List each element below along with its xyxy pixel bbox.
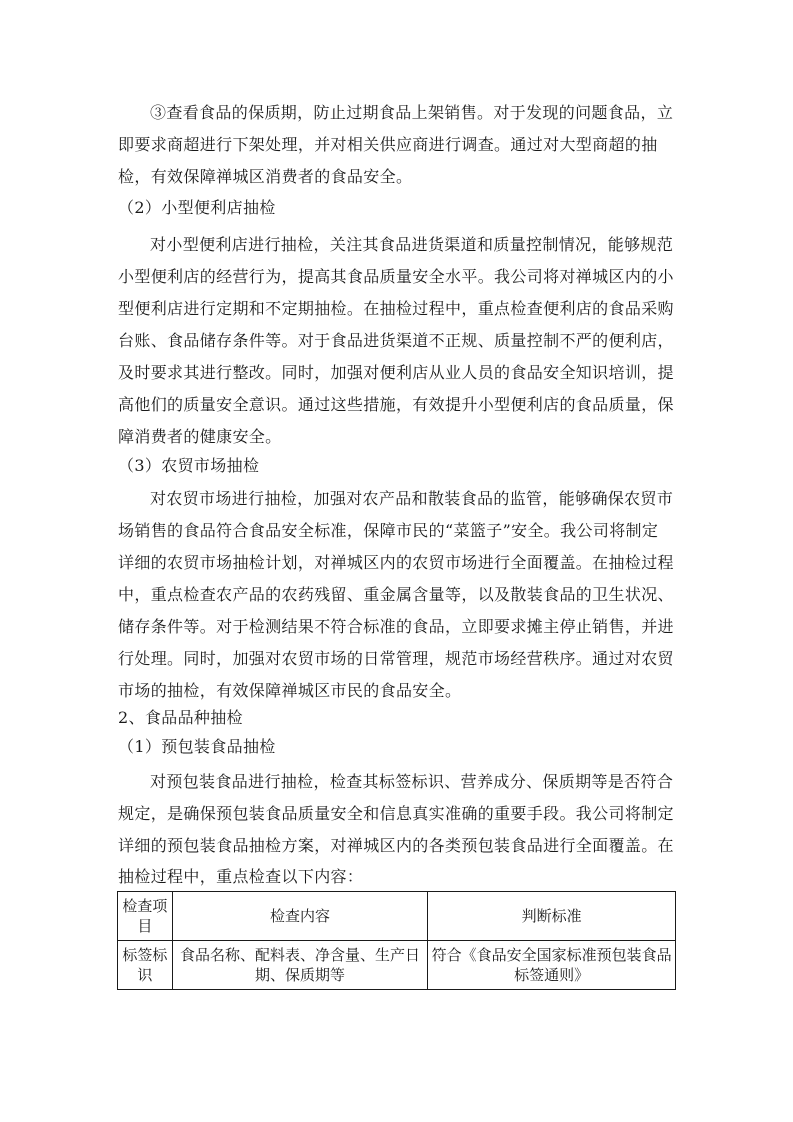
paragraph-line: 规定，是确保预包装食品质量安全和信息真实准确的重要手段。我公司将制定 [118, 802, 678, 826]
paragraph-line: 及时要求其进行整改。同时，加强对便利店从业人员的食品安全知识培训，提 [118, 361, 678, 385]
inspection-table: 检查项目 检查内容 判断标准 标签标识 食品名称、配料表、净含量、生产日期、保质… [117, 891, 676, 990]
paragraph-line: ③查看食品的保质期，防止过期食品上架销售。对于发现的问题食品，立 [150, 101, 710, 125]
table-header-cell: 检查项目 [118, 892, 173, 941]
table-header-cell: 检查内容 [172, 892, 428, 941]
paragraph-line: 抽检过程中，重点检查以下内容： [118, 865, 678, 889]
paragraph-line: 详细的预包装食品抽检方案，对禅城区内的各类预包装食品进行全面覆盖。在 [118, 834, 678, 858]
paragraph-line: 市场的抽检，有效保障禅城区市民的食品安全。 [118, 679, 678, 703]
section-heading: 2、食品品种抽检 [118, 706, 678, 730]
paragraph-line: 对预包装食品进行抽检，检查其标签标识、营养成分、保质期等是否符合 [150, 770, 710, 794]
paragraph-line: 详细的农贸市场抽检计划，对禅城区内的农贸市场进行全面覆盖。在抽检过程 [118, 551, 678, 575]
paragraph-line: 行处理。同时，加强对农贸市场的日常管理，规范市场经营秩序。通过对农贸 [118, 647, 678, 671]
table-cell: 标签标识 [118, 941, 173, 990]
paragraph-line: 即要求商超进行下架处理，并对相关供应商进行调查。通过对大型商超的抽 [118, 133, 678, 157]
paragraph-line: 台账、食品储存条件等。对于食品进货渠道不正规、质量控制不严的便利店， [118, 329, 678, 353]
table-cell: 符合《食品安全国家标准预包装食品标签通则》 [428, 941, 676, 990]
table-header-row: 检查项目 检查内容 判断标准 [118, 892, 676, 941]
paragraph-line: 对小型便利店进行抽检，关注其食品进货渠道和质量控制情况，能够规范 [150, 233, 710, 257]
paragraph-line: 中，重点检查农产品的农药残留、重金属含量等，以及散装食品的卫生状况、 [118, 583, 678, 607]
paragraph-line: 储存条件等。对于检测结果不符合标准的食品，立即要求摊主停止销售，并进 [118, 615, 678, 639]
document-page: ③查看食品的保质期，防止过期食品上架销售。对于发现的问题食品，立 即要求商超进行… [0, 0, 793, 1122]
paragraph-line: 场销售的食品符合食品安全标准，保障市民的“菜篮子”安全。我公司将制定 [118, 519, 678, 543]
table-row: 标签标识 食品名称、配料表、净含量、生产日期、保质期等 符合《食品安全国家标准预… [118, 941, 676, 990]
table-cell: 食品名称、配料表、净含量、生产日期、保质期等 [172, 941, 428, 990]
section-heading: （2）小型便利店抽检 [118, 196, 678, 220]
paragraph-line: 小型便利店的经营行为，提高其食品质量安全水平。我公司将对禅城区内的小 [118, 265, 678, 289]
paragraph-line: 检，有效保障禅城区消费者的食品安全。 [118, 165, 678, 189]
paragraph-line: 障消费者的健康安全。 [118, 425, 678, 449]
paragraph-line: 高他们的质量安全意识。通过这些措施，有效提升小型便利店的食品质量，保 [118, 393, 678, 417]
section-heading: （3）农贸市场抽检 [118, 454, 678, 478]
subsection-heading: （1）预包装食品抽检 [118, 735, 678, 759]
paragraph-line: 型便利店进行定期和不定期抽检。在抽检过程中，重点检查便利店的食品采购 [118, 297, 678, 321]
paragraph-line: 对农贸市场进行抽检，加强对农产品和散装食品的监管，能够确保农贸市 [150, 487, 710, 511]
table-header-cell: 判断标准 [428, 892, 676, 941]
